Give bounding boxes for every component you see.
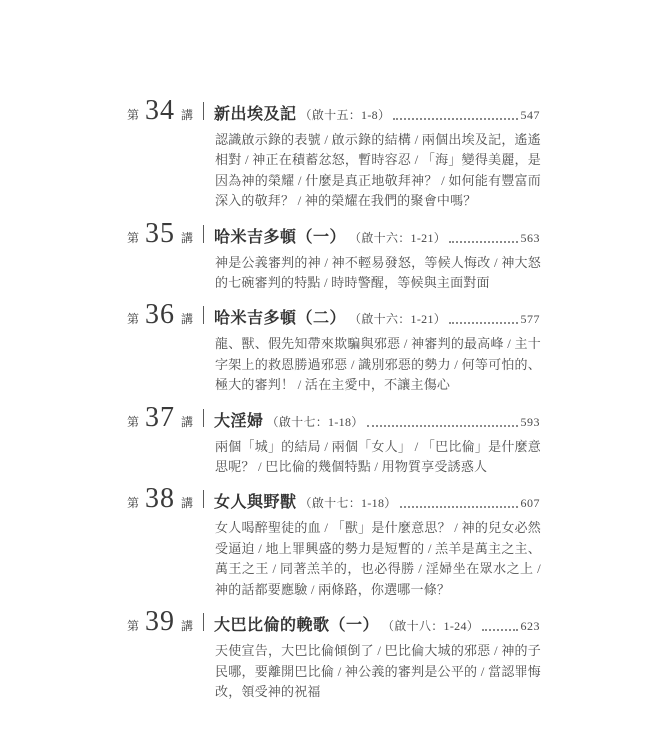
chapter-number: 39	[145, 608, 175, 636]
chapter-suffix-label: 講	[181, 413, 194, 430]
chapter-title: 哈米吉多頓（一）	[214, 224, 346, 247]
page-number: 577	[521, 312, 541, 327]
leader-dots	[400, 504, 518, 508]
toc-entry: 第 35 講 哈米吉多頓（一） （啟十六：1-21） 563 神是公義審判的神 …	[127, 220, 540, 294]
page-number: 547	[521, 108, 541, 123]
scripture-reference: （啟十六：1-21）	[349, 310, 446, 327]
scripture-reference: （啟十八：1-24）	[382, 617, 479, 634]
chapter-prefix-label: 第	[127, 413, 140, 430]
leader-dots	[367, 423, 518, 427]
toc-page: 第 34 講 新出埃及記 （啟十五：1-8） 547 認識啟示錄的表號 / 啟示…	[0, 0, 650, 750]
chapter-summary: 天使宣告，大巴比倫傾倒了 / 巴比倫大城的邪惡 / 神的子民哪，要離開巴比倫 /…	[215, 641, 541, 702]
vertical-divider	[203, 613, 204, 631]
chapter-number: 34	[145, 97, 175, 125]
page-number: 607	[521, 496, 541, 511]
chapter-prefix-label: 第	[127, 310, 140, 327]
chapter-summary: 兩個「城」的結局 / 兩個「女人」 / 「巴比倫」是什麼意思呢？ / 巴比倫的幾…	[215, 437, 541, 478]
leader-dots	[482, 627, 517, 631]
toc-entry: 第 34 講 新出埃及記 （啟十五：1-8） 547 認識啟示錄的表號 / 啟示…	[127, 97, 540, 212]
scripture-reference: （啟十六：1-21）	[349, 229, 446, 246]
chapter-suffix-label: 講	[181, 229, 194, 246]
scripture-reference: （啟十七：1-18）	[300, 494, 397, 511]
chapter-suffix-label: 講	[181, 494, 194, 511]
page-number: 593	[521, 415, 541, 430]
toc-entry-heading: 第 35 講 哈米吉多頓（一） （啟十六：1-21） 563	[127, 220, 540, 248]
toc-entry-heading: 第 39 講 大巴比倫的輓歌（一） （啟十八：1-24） 623	[127, 608, 540, 636]
toc-entry: 第 38 講 女人與野獸 （啟十七：1-18） 607 女人喝醉聖徒的血 / 「…	[127, 485, 540, 600]
toc-entry: 第 36 講 哈米吉多頓（二） （啟十六：1-21） 577 龍、獸、假先知帶來…	[127, 301, 540, 395]
chapter-suffix-label: 講	[181, 310, 194, 327]
chapter-prefix-label: 第	[127, 106, 140, 123]
chapter-prefix-label: 第	[127, 494, 140, 511]
chapter-summary: 認識啟示錄的表號 / 啟示錄的結構 / 兩個出埃及記，遙遙相對 / 神正在積蓄忿…	[215, 130, 541, 212]
leader-dots	[449, 239, 517, 243]
vertical-divider	[203, 409, 204, 427]
scripture-reference: （啟十五：1-8）	[300, 106, 391, 123]
chapter-summary: 龍、獸、假先知帶來欺騙與邪惡 / 神審判的最高峰 / 主十字架上的救恩勝過邪惡 …	[215, 334, 541, 395]
toc-entry-heading: 第 38 講 女人與野獸 （啟十七：1-18） 607	[127, 485, 540, 513]
vertical-divider	[203, 306, 204, 324]
vertical-divider	[203, 490, 204, 508]
chapter-title: 新出埃及記	[214, 101, 297, 124]
vertical-divider	[203, 225, 204, 243]
chapter-summary: 神是公義審判的神 / 神不輕易發怒，等候人悔改 / 神大怒的七碗審判的特點 / …	[215, 253, 541, 294]
leader-dots	[393, 116, 517, 120]
leader-dots	[449, 320, 517, 324]
scripture-reference: （啟十七：1-18）	[267, 413, 364, 430]
toc-entry: 第 37 講 大淫婦 （啟十七：1-18） 593 兩個「城」的結局 / 兩個「…	[127, 404, 540, 478]
chapter-number: 37	[145, 404, 175, 432]
chapter-title: 大巴比倫的輓歌（一）	[214, 612, 379, 635]
page-number: 563	[521, 231, 541, 246]
chapter-number: 38	[145, 485, 175, 513]
chapter-suffix-label: 講	[181, 106, 194, 123]
chapter-title: 女人與野獸	[214, 489, 297, 512]
chapter-title: 大淫婦	[214, 408, 264, 431]
toc-entry-heading: 第 36 講 哈米吉多頓（二） （啟十六：1-21） 577	[127, 301, 540, 329]
toc-entry: 第 39 講 大巴比倫的輓歌（一） （啟十八：1-24） 623 天使宣告，大巴…	[127, 608, 540, 702]
toc-entry-heading: 第 34 講 新出埃及記 （啟十五：1-8） 547	[127, 97, 540, 125]
chapter-number: 35	[145, 220, 175, 248]
chapter-suffix-label: 講	[181, 617, 194, 634]
page-number: 623	[521, 619, 541, 634]
toc-entry-heading: 第 37 講 大淫婦 （啟十七：1-18） 593	[127, 404, 540, 432]
chapter-prefix-label: 第	[127, 617, 140, 634]
chapter-summary: 女人喝醉聖徒的血 / 「獸」是什麼意思？ / 神的兒女必然受逼迫 / 地上罪興盛…	[215, 518, 541, 600]
chapter-number: 36	[145, 301, 175, 329]
vertical-divider	[203, 102, 204, 120]
chapter-prefix-label: 第	[127, 229, 140, 246]
chapter-title: 哈米吉多頓（二）	[214, 305, 346, 328]
